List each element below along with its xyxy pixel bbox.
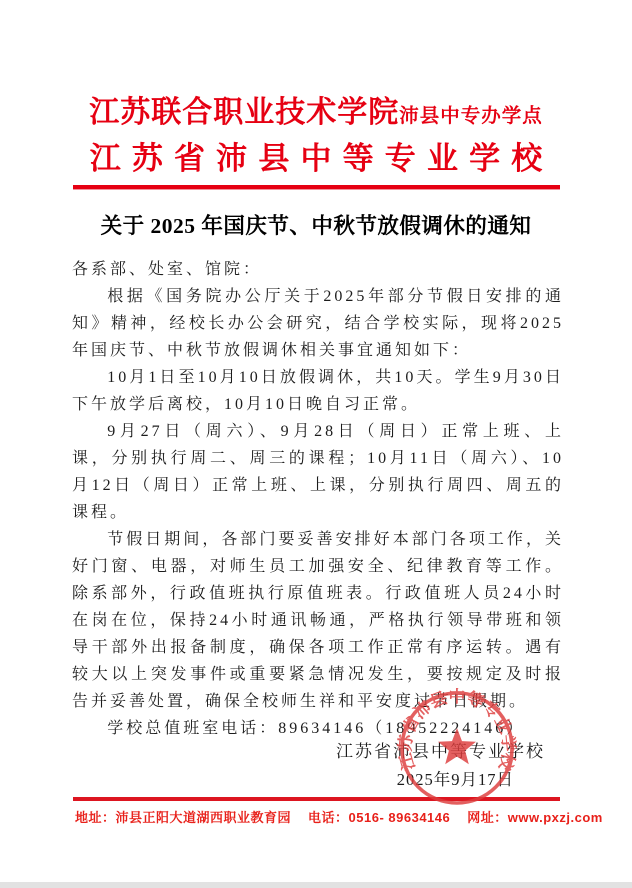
school-name: 江苏省沛县中等专业学校 — [0, 137, 632, 181]
footer-contact-bar: 地址：沛县正阳大道湖西职业教育园 电话：0516- 89634146 网址：ww… — [75, 807, 565, 826]
letterhead: 江苏联合职业技术学院沛县中专办学点 江苏省沛县中等专业学校 — [0, 94, 632, 181]
footer-rule — [73, 797, 560, 801]
paragraph: 根据《国务院办公厅关于2025年部分节假日安排的通知》精神，经校长办公会研究，结… — [72, 283, 564, 364]
address-label: 地址： — [75, 810, 116, 825]
paragraph: 10月1日至10月10日放假调休，共10天。学生9月30日下午放学后离校，10月… — [72, 364, 564, 418]
branch-suffix: 沛县中专办学点 — [399, 106, 543, 127]
notice-body: 各系部、处室、馆院： 根据《国务院办公厅关于2025年部分节假日安排的通知》精神… — [72, 256, 564, 742]
footer-address: 地址：沛县正阳大道湖西职业教育园 — [75, 807, 291, 826]
signature-date: 2025年9月17日 — [397, 766, 514, 790]
letterhead-line1: 江苏联合职业技术学院沛县中专办学点 — [0, 94, 632, 137]
window-bottom-edge — [0, 882, 632, 888]
footer-website: 网址：www.pxzj.com — [467, 807, 603, 826]
address-value: 沛县正阳大道湖西职业教育园 — [116, 810, 292, 825]
college-name: 江苏联合职业技术学院 — [89, 96, 399, 129]
website-value: www.pxzj.com — [508, 810, 603, 825]
footer-phone: 电话：0516- 89634146 — [308, 807, 450, 826]
notice-document-page: 江苏联合职业技术学院沛县中专办学点 江苏省沛县中等专业学校 关于 2025 年国… — [0, 0, 632, 888]
letterhead-rule — [73, 185, 560, 190]
paragraph: 9月27日（周六）、9月28日（周日）正常上班、上课，分别执行周二、周三的课程；… — [72, 418, 564, 526]
paragraph: 节假日期间，各部门要妥善安排好本部门各项工作，关好门窗、电器，对师生员工加强安全… — [72, 526, 564, 715]
signature-organization: 江苏省沛县中等专业学校 — [336, 737, 545, 762]
website-label: 网址： — [467, 810, 508, 825]
phone-label: 电话： — [308, 810, 349, 825]
salutation: 各系部、处室、馆院： — [72, 256, 564, 283]
phone-value: 0516- 89634146 — [349, 810, 451, 825]
notice-title: 关于 2025 年国庆节、中秋节放假调休的通知 — [0, 209, 632, 240]
